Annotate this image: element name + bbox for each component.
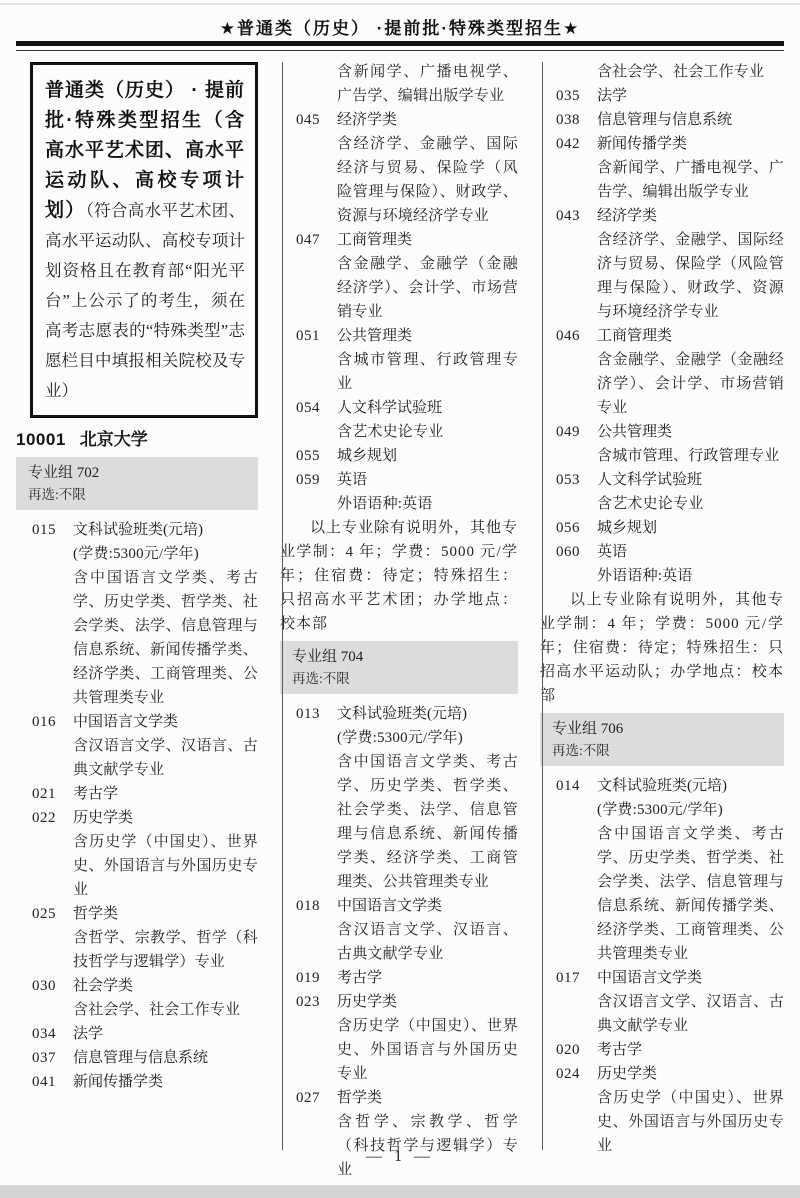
major-code: 045 (296, 108, 337, 228)
university-code: 10001 (16, 430, 66, 449)
major-entry: 021考古学 (16, 782, 258, 806)
major-entry: 046工商管理类含金融学、金融学（金融经济学）、会计学、市场营销专业 (540, 324, 784, 420)
major-group-band: 专业组 704再选:不限 (280, 641, 518, 694)
major-name: 考古学 (73, 782, 258, 806)
major-detail: 外语语种:英语 (337, 492, 518, 516)
reselect-requirement: 再选:不限 (552, 740, 776, 761)
major-code: 049 (556, 420, 597, 468)
major-detail: 含历史学（中国史）、世界史、外国语言与外国历史专业 (337, 1014, 518, 1086)
major-body: 历史学类含历史学（中国史）、世界史、外国语言与外国历史专业 (597, 1062, 784, 1158)
major-code: 020 (556, 1038, 597, 1062)
column-divider (282, 62, 283, 1150)
major-entry: 043经济学类含经济学、金融学、国际经济与贸易、保险学（风险管理与保险）、财政学… (540, 204, 784, 324)
major-entry: 035法学 (540, 84, 784, 108)
major-body: 中国语言文学类含汉语言文学、汉语言、古典文献学专业 (73, 710, 258, 782)
major-name: 社会学类 (73, 974, 258, 998)
major-detail: 含中国语言文学类、考古学、历史学类、哲学类、社会学类、法学、信息管理与信息系统、… (73, 566, 258, 710)
major-name: 文科试验班类(元培) (597, 774, 784, 798)
major-body: 城乡规划 (597, 516, 784, 540)
major-detail: 含中国语言文学类、考古学、历史学类、哲学类、社会学类、法学、信息管理与信息系统、… (337, 750, 518, 894)
major-body: 法学 (73, 1022, 258, 1046)
major-body: 人文科学试验班含艺术史论专业 (337, 396, 518, 444)
column-divider (542, 62, 543, 1150)
major-entry: 053人文科学试验班含艺术史论专业 (540, 468, 784, 516)
column-3: 含社会学、社会工作专业035法学038信息管理与信息系统042新闻传播学类含新闻… (526, 60, 786, 1150)
major-code: 046 (556, 324, 597, 420)
major-name: 新闻传播学类 (73, 1070, 258, 1094)
major-code: 054 (296, 396, 337, 444)
major-name: 哲学类 (73, 902, 258, 926)
major-name: 中国语言文学类 (73, 710, 258, 734)
major-entry: 051公共管理类含城市管理、行政管理专业 (280, 324, 518, 396)
major-code: 056 (556, 516, 597, 540)
major-name: 哲学类 (337, 1086, 518, 1110)
major-entry: 049公共管理类含城市管理、行政管理专业 (540, 420, 784, 468)
major-detail: 含金融学、金融学（金融经济学）、会计学、市场营销专业 (337, 252, 518, 324)
major-code: 013 (296, 702, 337, 894)
major-body: 中国语言文学类含汉语言文学、汉语言、古典文献学专业 (337, 894, 518, 966)
major-name: 城乡规划 (597, 516, 784, 540)
column-2: 含新闻学、广播电视学、广告学、编辑出版学专业045经济学类含经济学、金融学、国际… (266, 60, 526, 1150)
column-1: 普通类（历史） · 提前批·特殊类型招生（含高水平艺术团、高水平运动队、高校专项… (16, 60, 266, 1150)
major-name: 工商管理类 (337, 228, 518, 252)
major-body: 哲学类含哲学、宗教学、哲学（科技哲学与逻辑学）专业 (73, 902, 258, 974)
major-code: 023 (296, 990, 337, 1086)
major-detail: 含新闻学、广播电视学、广告学、编辑出版学专业 (597, 156, 784, 204)
major-entry: 019考古学 (280, 966, 518, 990)
major-body: 人文科学试验班含艺术史论专业 (597, 468, 784, 516)
major-name: 人文科学试验班 (597, 468, 784, 492)
major-detail: 含汉语言文学、汉语言、古典文献学专业 (597, 990, 784, 1038)
major-detail: (学费:5300元/学年) (73, 542, 258, 566)
major-body: 法学 (597, 84, 784, 108)
major-detail: 含哲学、宗教学、哲学（科技哲学与逻辑学）专业 (337, 1110, 518, 1182)
major-code: 043 (556, 204, 597, 324)
major-body: 考古学 (337, 966, 518, 990)
major-entry: 054人文科学试验班含艺术史论专业 (280, 396, 518, 444)
major-name: 法学 (73, 1022, 258, 1046)
major-body: 社会学类含社会学、社会工作专业 (73, 974, 258, 1022)
major-entry: 041新闻传播学类 (16, 1070, 258, 1094)
major-name: 工商管理类 (597, 324, 784, 348)
major-name: 公共管理类 (597, 420, 784, 444)
major-entry: 017中国语言文学类含汉语言文学、汉语言、古典文献学专业 (540, 966, 784, 1038)
major-code: 038 (556, 108, 597, 132)
major-body: 文科试验班类(元培)(学费:5300元/学年)含中国语言文学类、考古学、历史学类… (337, 702, 518, 894)
major-entry: 045经济学类含经济学、金融学、国际经济与贸易、保险学（风险管理与保险）、财政学… (280, 108, 518, 228)
major-entry: 030社会学类含社会学、社会工作专业 (16, 974, 258, 1022)
reselect-requirement: 再选:不限 (28, 484, 250, 505)
major-body: 文科试验班类(元培)(学费:5300元/学年)含中国语言文学类、考古学、历史学类… (597, 774, 784, 966)
major-name: 考古学 (337, 966, 518, 990)
major-entry: 055城乡规划 (280, 444, 518, 468)
major-name: 经济学类 (337, 108, 518, 132)
notice-box-note: （符合高水平艺术团、高水平运动队、高校专项计划资格且在教育部“阳光平台”上公示了… (45, 201, 245, 400)
major-body: 城乡规划 (337, 444, 518, 468)
major-name: 信息管理与信息系统 (597, 108, 784, 132)
major-detail: (学费:5300元/学年) (337, 726, 518, 750)
header-rule-thick (16, 41, 784, 46)
page-header-banner: ★普通类（历史） ·提前批·特殊类型招生★ (0, 14, 800, 39)
scanned-admission-page: { "page": { "banner": "★普通类（历史） ·提前批·特殊类… (0, 0, 800, 1198)
major-code: 014 (556, 774, 597, 966)
major-body: 英语外语语种:英语 (337, 468, 518, 516)
major-code: 055 (296, 444, 337, 468)
major-entry: 024历史学类含历史学（中国史）、世界史、外国语言与外国历史专业 (540, 1062, 784, 1158)
major-body: 历史学类含历史学（中国史）、世界史、外国语言与外国历史专业 (73, 806, 258, 902)
major-entry: 038信息管理与信息系统 (540, 108, 784, 132)
group-note-paragraph: 以上专业除有说明外，其他专业学制：4 年；学费：5000 元/学年；住宿费：待定… (540, 588, 784, 708)
major-detail-continuation: 含社会学、社会工作专业 (597, 60, 784, 84)
major-code: 030 (32, 974, 73, 1022)
page-bottom-edge (0, 1185, 800, 1198)
major-body: 英语外语语种:英语 (597, 540, 784, 588)
notice-box-title: 普通类（历史） · 提前批·特殊类型招生（含高水平艺术团、高水平运动队、高校专项… (45, 80, 245, 221)
major-code: 024 (556, 1062, 597, 1158)
major-detail: (学费:5300元/学年) (597, 798, 784, 822)
major-body: 信息管理与信息系统 (73, 1046, 258, 1070)
major-detail: 含历史学（中国史）、世界史、外国语言与外国历史专业 (73, 830, 258, 902)
major-detail: 含中国语言文学类、考古学、历史学类、哲学类、社会学类、法学、信息管理与信息系统、… (597, 822, 784, 966)
header-rule-thin (16, 50, 784, 51)
major-group-label: 专业组 702 (28, 462, 250, 484)
page-top-edge (0, 3, 800, 5)
major-entry: 013文科试验班类(元培)(学费:5300元/学年)含中国语言文学类、考古学、历… (280, 702, 518, 894)
major-code: 022 (32, 806, 73, 902)
major-code: 059 (296, 468, 337, 516)
major-body: 新闻传播学类含新闻学、广播电视学、广告学、编辑出版学专业 (597, 132, 784, 204)
major-code: 018 (296, 894, 337, 966)
major-code: 021 (32, 782, 73, 806)
major-code: 027 (296, 1086, 337, 1182)
major-body: 中国语言文学类含汉语言文学、汉语言、古典文献学专业 (597, 966, 784, 1038)
major-code: 019 (296, 966, 337, 990)
major-code: 041 (32, 1070, 73, 1094)
major-entry: 014文科试验班类(元培)(学费:5300元/学年)含中国语言文学类、考古学、历… (540, 774, 784, 966)
major-body: 考古学 (597, 1038, 784, 1062)
notice-box: 普通类（历史） · 提前批·特殊类型招生（含高水平艺术团、高水平运动队、高校专项… (30, 62, 258, 418)
reselect-requirement: 再选:不限 (292, 668, 510, 689)
major-entry: 037信息管理与信息系统 (16, 1046, 258, 1070)
major-entry: 034法学 (16, 1022, 258, 1046)
major-name: 英语 (597, 540, 784, 564)
major-detail: 含经济学、金融学、国际经济与贸易、保险学（风险管理与保险）、财政学、资源与环境经… (597, 228, 784, 324)
major-name: 中国语言文学类 (597, 966, 784, 990)
major-body: 工商管理类含金融学、金融学（金融经济学）、会计学、市场营销专业 (597, 324, 784, 420)
major-name: 信息管理与信息系统 (73, 1046, 258, 1070)
major-detail: 含汉语言文学、汉语言、古典文献学专业 (73, 734, 258, 782)
major-name: 中国语言文学类 (337, 894, 518, 918)
major-detail-continuation: 含新闻学、广播电视学、广告学、编辑出版学专业 (337, 60, 518, 108)
major-entry: 027哲学类含哲学、宗教学、哲学（科技哲学与逻辑学）专业 (280, 1086, 518, 1182)
major-entry: 016中国语言文学类含汉语言文学、汉语言、古典文献学专业 (16, 710, 258, 782)
major-code: 042 (556, 132, 597, 204)
major-group-band: 专业组 706再选:不限 (540, 713, 784, 766)
major-body: 新闻传播学类 (73, 1070, 258, 1094)
major-entry: 020考古学 (540, 1038, 784, 1062)
major-group-label: 专业组 704 (292, 646, 510, 668)
major-entry: 042新闻传播学类含新闻学、广播电视学、广告学、编辑出版学专业 (540, 132, 784, 204)
major-detail: 含城市管理、行政管理专业 (337, 348, 518, 396)
major-body: 历史学类含历史学（中国史）、世界史、外国语言与外国历史专业 (337, 990, 518, 1086)
major-name: 经济学类 (597, 204, 784, 228)
major-entry: 047工商管理类含金融学、金融学（金融经济学）、会计学、市场营销专业 (280, 228, 518, 324)
major-body: 文科试验班类(元培)(学费:5300元/学年)含中国语言文学类、考古学、历史学类… (73, 518, 258, 710)
major-code: 015 (32, 518, 73, 710)
major-group-label: 专业组 706 (552, 718, 776, 740)
group-note-paragraph: 以上专业除有说明外，其他专业学制：4 年；学费：5000 元/学年；住宿费：待定… (280, 516, 518, 636)
major-name: 英语 (337, 468, 518, 492)
major-code: 051 (296, 324, 337, 396)
major-group-band: 专业组 702再选:不限 (16, 457, 258, 510)
major-detail: 含艺术史论专业 (597, 492, 784, 516)
three-column-content: 普通类（历史） · 提前批·特殊类型招生（含高水平艺术团、高水平运动队、高校专项… (16, 60, 786, 1150)
major-code: 017 (556, 966, 597, 1038)
major-code: 035 (556, 84, 597, 108)
major-body: 经济学类含经济学、金融学、国际经济与贸易、保险学（风险管理与保险）、财政学、资源… (337, 108, 518, 228)
major-detail: 外语语种:英语 (597, 564, 784, 588)
major-body: 信息管理与信息系统 (597, 108, 784, 132)
major-name: 法学 (597, 84, 784, 108)
major-code: 060 (556, 540, 597, 588)
major-code: 047 (296, 228, 337, 324)
major-name: 人文科学试验班 (337, 396, 518, 420)
major-name: 文科试验班类(元培) (337, 702, 518, 726)
major-entry: 056城乡规划 (540, 516, 784, 540)
major-name: 公共管理类 (337, 324, 518, 348)
major-name: 历史学类 (73, 806, 258, 830)
major-body: 哲学类含哲学、宗教学、哲学（科技哲学与逻辑学）专业 (337, 1086, 518, 1182)
major-body: 公共管理类含城市管理、行政管理专业 (337, 324, 518, 396)
major-entry: 022历史学类含历史学（中国史）、世界史、外国语言与外国历史专业 (16, 806, 258, 902)
major-code: 037 (32, 1046, 73, 1070)
major-entry: 059英语外语语种:英语 (280, 468, 518, 516)
major-name: 历史学类 (597, 1062, 784, 1086)
page-number: — 1 — (0, 1148, 800, 1166)
major-body: 工商管理类含金融学、金融学（金融经济学）、会计学、市场营销专业 (337, 228, 518, 324)
major-detail: 含汉语言文学、汉语言、古典文献学专业 (337, 918, 518, 966)
major-detail: 含艺术史论专业 (337, 420, 518, 444)
major-body: 公共管理类含城市管理、行政管理专业 (597, 420, 784, 468)
university-name: 北京大学 (80, 430, 148, 449)
major-code: 025 (32, 902, 73, 974)
major-detail: 含金融学、金融学（金融经济学）、会计学、市场营销专业 (597, 348, 784, 420)
major-code: 016 (32, 710, 73, 782)
major-name: 历史学类 (337, 990, 518, 1014)
major-entry: 015文科试验班类(元培)(学费:5300元/学年)含中国语言文学类、考古学、历… (16, 518, 258, 710)
major-name: 文科试验班类(元培) (73, 518, 258, 542)
major-body: 经济学类含经济学、金融学、国际经济与贸易、保险学（风险管理与保险）、财政学、资源… (597, 204, 784, 324)
major-entry: 060英语外语语种:英语 (540, 540, 784, 588)
major-name: 新闻传播学类 (597, 132, 784, 156)
major-name: 考古学 (597, 1038, 784, 1062)
major-code: 053 (556, 468, 597, 516)
major-code: 034 (32, 1022, 73, 1046)
major-name: 城乡规划 (337, 444, 518, 468)
major-body: 考古学 (73, 782, 258, 806)
major-detail: 含社会学、社会工作专业 (73, 998, 258, 1022)
major-detail: 含城市管理、行政管理专业 (597, 444, 784, 468)
university-heading: 10001北京大学 (16, 428, 258, 452)
major-detail: 含经济学、金融学、国际经济与贸易、保险学（风险管理与保险）、财政学、资源与环境经… (337, 132, 518, 228)
major-entry: 023历史学类含历史学（中国史）、世界史、外国语言与外国历史专业 (280, 990, 518, 1086)
major-detail: 含哲学、宗教学、哲学（科技哲学与逻辑学）专业 (73, 926, 258, 974)
major-entry: 018中国语言文学类含汉语言文学、汉语言、古典文献学专业 (280, 894, 518, 966)
major-entry: 025哲学类含哲学、宗教学、哲学（科技哲学与逻辑学）专业 (16, 902, 258, 974)
